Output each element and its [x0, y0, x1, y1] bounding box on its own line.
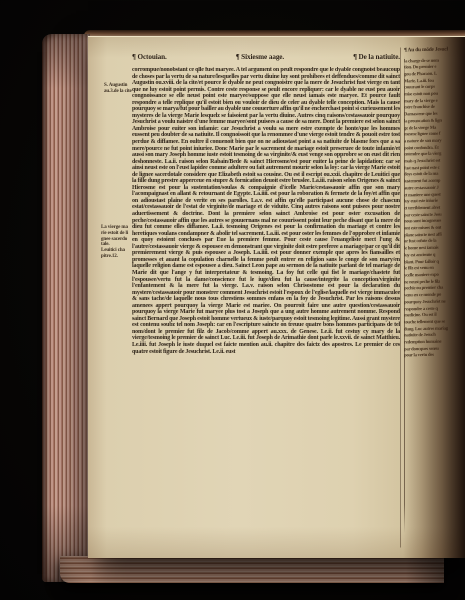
left-page: ¶ Octouian. ¶ Sixiesme aage. ¶ De la nat… — [88, 36, 465, 558]
body-text-segment: Cinq autres raisons sont puisees pour no… — [132, 204, 400, 256]
photo-of-open-book: ¶ Octouian. ¶ Sixiesme aage. ¶ De la nat… — [0, 0, 465, 600]
header-left: ¶ Octouian. — [132, 53, 167, 61]
body-text-segment: corrompue/nonobstant ce qlle fust maryee… — [132, 67, 400, 99]
book: ¶ Octouian. ¶ Sixiesme aage. ¶ De la nat… — [0, 0, 465, 600]
book-bottom-edge — [60, 556, 444, 583]
header-center: ¶ Sixiesme aage. — [236, 53, 284, 61]
header-right: ¶ De la natiuite. — [353, 53, 400, 61]
book-fore-edge — [42, 34, 90, 582]
body-text-segment: Aussi grant mystere est contenu soubz te… — [132, 316, 400, 355]
body-text-block: corrompue/nonobstant ce qlle fust maryee… — [132, 67, 400, 503]
gutter-shadow — [403, 37, 465, 558]
running-header: ¶ Octouian. ¶ Sixiesme aage. ¶ De la nat… — [132, 53, 400, 61]
body-text-segment: La.ii. raison selon Rabain/Bede & sainct… — [132, 159, 400, 211]
